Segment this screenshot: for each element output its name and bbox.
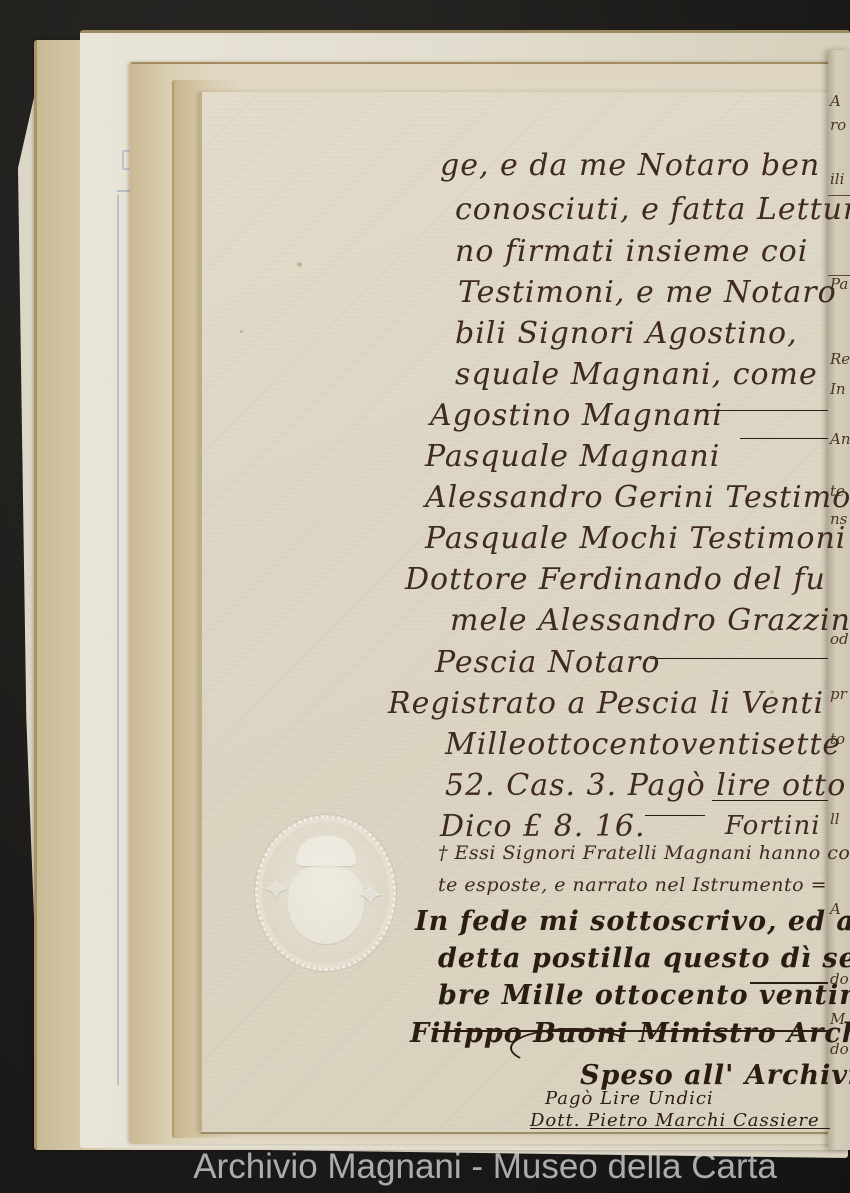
annotation-line: te esposte, e narrato nel Istrumento = [438,874,827,896]
text-line: ge, e da me Notaro ben [440,148,820,183]
dash-rule [740,438,828,439]
text-line: squale Magnani, come [455,357,818,392]
text-line: Testimoni, e me Notaro [458,275,837,310]
dash-rule [712,800,828,801]
text-line: 52. Cas. 3. Pagò lire otto e [445,768,850,803]
text-line: Pasquale Mochi Testimoni [425,521,846,556]
text-line: bili Signori Agostino, [455,316,798,351]
dash-rule [645,815,705,816]
signature-underline [530,1128,830,1129]
text-line: Alessandro Gerini Testimo [425,480,850,515]
text-line: In fede mi sottoscrivo, ed appongo [415,906,850,937]
dash-rule [750,982,828,984]
text-line: Dottore Ferdinando del fu [405,562,826,597]
signature-fortini: Fortini [725,811,821,841]
text-line: conosciuti, e fatta Lettura [455,192,850,227]
text-line: Speso all' Archivio £ 1. [580,1060,850,1091]
text-line: mele Alessandro Grazzini [450,603,850,638]
dash-rule [700,410,828,411]
text-line: detta postilla questo dì sedici [438,943,850,974]
text-line: Pasquale Magnani [425,439,720,474]
divider-rule [435,1030,828,1032]
text-line: no firmati insieme coi [455,234,808,269]
text-line: Milleottocentoventisette Vol. [445,727,850,762]
text-line: Agostino Magnani [430,398,723,433]
annotation-line: † Essi Signori Fratelli Magnani hanno co… [438,842,850,864]
text-line: Dico £ 8. 16. [440,809,646,844]
text-line: bre Mille ottocento ventinove [438,980,850,1011]
archive-watermark: Archivio Magnani - Museo della Carta [0,1147,850,1187]
handwritten-text: ge, e da me Notaro ben conosciuti, e fat… [0,0,850,1193]
signature-line: Pagò Lire Undici [545,1088,714,1109]
dash-rule [650,658,828,659]
text-line: Pescia Notaro [435,645,660,680]
text-line: Registrato a Pescia li Venti [388,686,824,721]
